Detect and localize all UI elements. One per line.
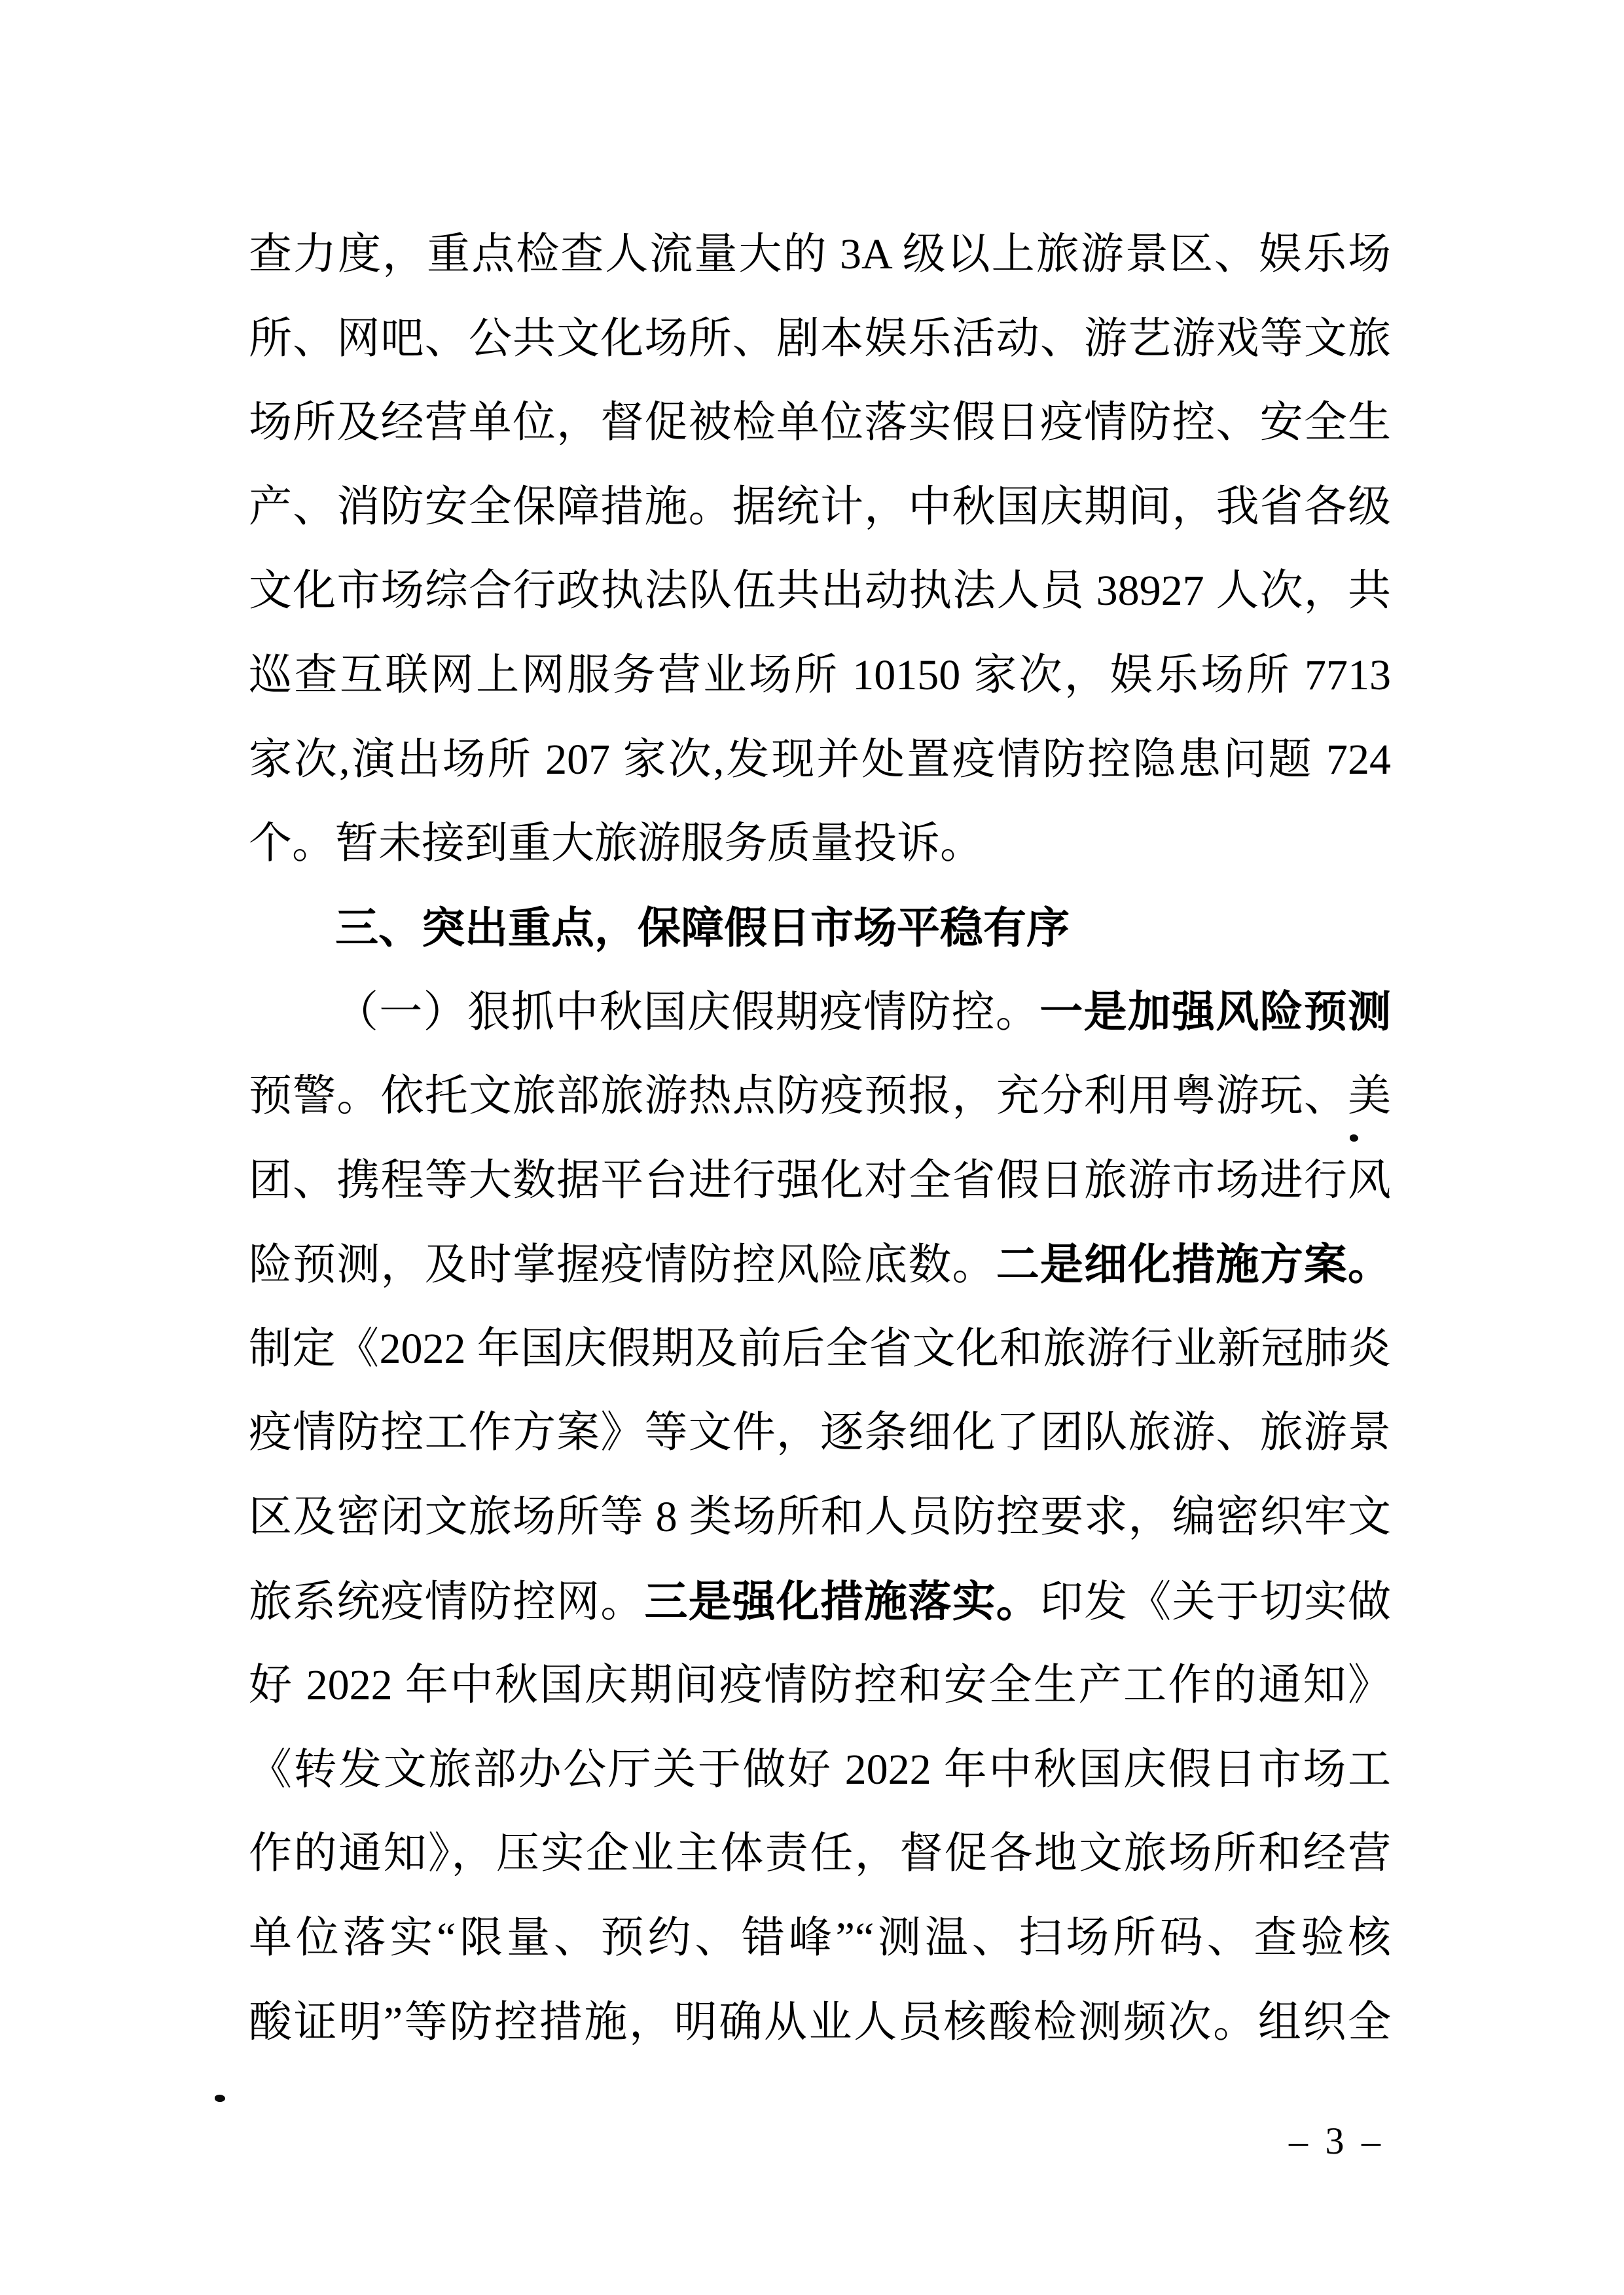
text-run: 疫情防控工作方案》等文件，逐条细化了团队旅游、旅游景 [249,1409,1391,1456]
text-line: （一）狠抓中秋国庆假期疫情防控。一是加强风险预测 [249,969,1391,1054]
text-run: 《转发文旅部办公厅关于做好 2022 年中秋国庆假日市场工 [249,1746,1391,1794]
text-run: 产、消防安全保障措施。据统计，中秋国庆期间，我省各级 [249,483,1391,531]
text-run: 制定《2022 年国庆假期及前后全省文化和旅游行业新冠肺炎 [249,1325,1391,1373]
text-run: 所、网吧、公共文化场所、剧本娱乐活动、游艺游戏等文旅 [249,315,1391,363]
text-line: 险预测，及时掌握疫情防控风险底数。二是细化措施方案。 [249,1222,1391,1307]
text-run: 旅系统疫情防控网。 [249,1578,644,1626]
text-run: 个。暂未接到重大旅游服务质量投诉。 [249,820,983,867]
text-run: 酸证明”等防控措施，明确从业人员核酸检测频次。组织全 [249,1998,1391,2046]
text-line: 区及密闭文旅场所等 8 类场所和人员防控要求，编密织牢文 [249,1475,1391,1559]
text-line: 酸证明”等防控措施，明确从业人员核酸检测频次。组织全 [249,1980,1391,2065]
bold-text-run: 一是加强风险预测 [1039,987,1391,1036]
ink-speck [215,2095,225,2102]
text-run: 家次,演出场所 207 家次,发现并处置疫情防控隐患问题 724 [249,736,1391,784]
text-line: 个。暂未接到重大旅游服务质量投诉。 [249,801,1391,886]
text-line: 家次,演出场所 207 家次,发现并处置疫情防控隐患问题 724 [249,717,1391,802]
text-run: 文化市场综合行政执法队伍共出动执法人员 38927 人次，共 [249,567,1391,615]
text-run: 预警。依托文旅部旅游热点防疫预报，充分利用粤游玩、美 [249,1072,1391,1120]
text-line: 所、网吧、公共文化场所、剧本娱乐活动、游艺游戏等文旅 [249,297,1391,381]
text-run: 印发《关于切实做 [1040,1578,1391,1626]
text-line: 好 2022 年中秋国庆期间疫情防控和安全生产工作的通知》 [249,1643,1391,1727]
text-run: （一）狠抓中秋国庆假期疫情防控。 [335,988,1039,1036]
text-line: 查力度，重点检查人流量大的 3A 级以上旅游景区、娱乐场 [249,212,1391,297]
bold-text-run: 二是细化措施方案。 [996,1240,1391,1288]
bold-text-run: 三是强化措施落实。 [644,1577,1039,1625]
text-run: 作的通知》，压实企业主体责任，督促各地文旅场所和经营 [249,1830,1391,1877]
text-line: 预警。依托文旅部旅游热点防疫预报，充分利用粤游玩、美 [249,1054,1391,1138]
text-line: 《转发文旅部办公厅关于做好 2022 年中秋国庆假日市场工 [249,1727,1391,1812]
text-line: 产、消防安全保障措施。据统计，中秋国庆期间，我省各级 [249,465,1391,549]
text-run: 好 2022 年中秋国庆期间疫情防控和安全生产工作的通知》 [249,1661,1391,1709]
text-line: 疫情防控工作方案》等文件，逐条细化了团队旅游、旅游景 [249,1390,1391,1475]
scanned-document-page: 查力度，重点检查人流量大的 3A 级以上旅游景区、娱乐场所、网吧、公共文化场所、… [0,0,1624,2295]
text-line: 旅系统疫情防控网。三是强化措施落实。印发《关于切实做 [249,1559,1391,1644]
text-run: 单位落实“限量、预约、错峰”“测温、扫场所码、查验核 [249,1914,1391,1962]
text-line: 团、携程等大数据平台进行强化对全省假日旅游市场进行风 [249,1138,1391,1223]
text-run: 查力度，重点检查人流量大的 3A 级以上旅游景区、娱乐场 [249,230,1391,278]
text-line: 制定《2022 年国庆假期及前后全省文化和旅游行业新冠肺炎 [249,1307,1391,1391]
text-run: 场所及经营单位，督促被检单位落实假日疫情防控、安全生 [249,399,1391,446]
text-line: 场所及经营单位，督促被检单位落实假日疫情防控、安全生 [249,380,1391,465]
page-number: – 3 – [1289,2117,1384,2165]
text-run: 区及密闭文旅场所等 8 类场所和人员防控要求，编密织牢文 [249,1493,1391,1541]
bold-text-run: 三、突出重点，保障假日市场平稳有序 [335,903,1070,952]
ink-speck [1350,1134,1358,1142]
text-run: 险预测，及时掌握疫情防控风险底数。 [249,1241,996,1289]
text-line: 作的通知》，压实企业主体责任，督促各地文旅场所和经营 [249,1811,1391,1896]
text-line: 单位落实“限量、预约、错峰”“测温、扫场所码、查验核 [249,1896,1391,1980]
text-line: 巡查互联网上网服务营业场所 10150 家次，娱乐场所 7713 [249,633,1391,717]
text-line: 三、突出重点，保障假日市场平稳有序 [249,886,1391,970]
text-run: 团、携程等大数据平台进行强化对全省假日旅游市场进行风 [249,1157,1391,1204]
text-line: 文化市场综合行政执法队伍共出动执法人员 38927 人次，共 [249,549,1391,633]
text-run: 巡查互联网上网服务营业场所 10150 家次，娱乐场所 7713 [249,651,1391,699]
